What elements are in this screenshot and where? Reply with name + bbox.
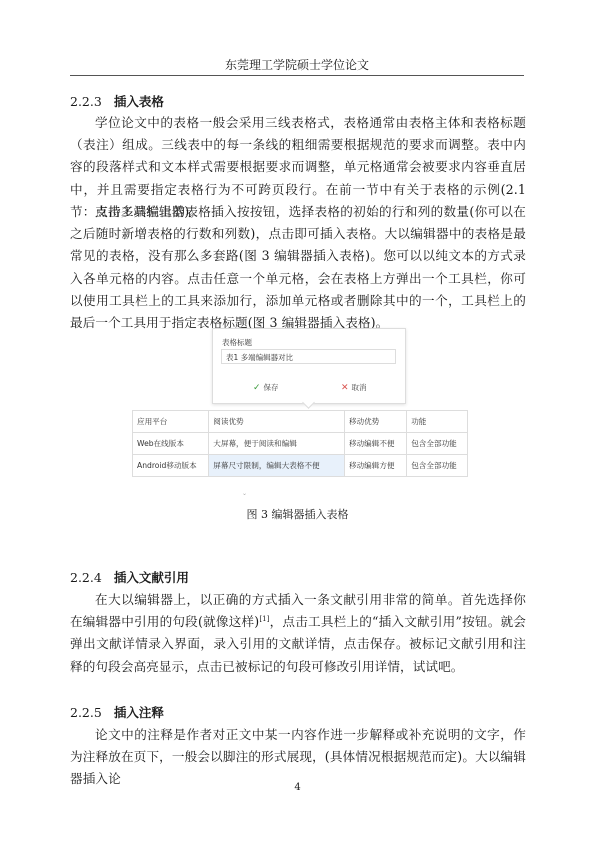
paragraph-mark: ⌄ xyxy=(242,490,247,497)
section-heading-2-2-5: 2.2.5插入注释 xyxy=(70,705,164,721)
cancel-label: 取消 xyxy=(352,383,367,392)
table-cell[interactable]: 移动编辑方便 xyxy=(344,455,406,477)
section-number: 2.2.5 xyxy=(70,705,102,720)
table-header-cell[interactable]: 应用平台 xyxy=(133,411,209,433)
cancel-button[interactable]: ✕取消 xyxy=(341,382,367,393)
table-cell[interactable]: Android移动版本 xyxy=(133,455,209,477)
table-header-cell[interactable]: 功能 xyxy=(407,411,468,433)
table-title-label: 表格标题 xyxy=(222,337,252,348)
table-cell[interactable]: 大屏幕，便于阅读和编辑 xyxy=(209,433,345,455)
table-header-row: 应用平台 阅读优势 移动优势 功能 xyxy=(133,411,468,433)
table-cell-selected[interactable]: 屏幕尺寸限制，编辑大表格不便 xyxy=(209,455,345,477)
table-cell[interactable]: 包含全部功能 xyxy=(407,455,468,477)
table-title-popup: 表格标题 表1 多端编辑器对比 ✓保存 ✕取消 xyxy=(212,328,406,404)
table-header-cell[interactable]: 阅读优势 xyxy=(209,411,345,433)
save-button[interactable]: ✓保存 xyxy=(253,382,279,393)
table-header-cell[interactable]: 移动优势 xyxy=(344,411,406,433)
table-row: Web在线版本 大屏幕，便于阅读和编辑 移动编辑不便 包含全部功能 xyxy=(133,433,468,455)
table-cell[interactable]: 移动编辑不便 xyxy=(344,433,406,455)
figure-editor-insert-table: 表格标题 表1 多端编辑器对比 ✓保存 ✕取消 应用平台 阅读优势 移动优势 功… xyxy=(132,326,468,496)
close-icon: ✕ xyxy=(341,383,349,393)
table-cell[interactable]: Web在线版本 xyxy=(133,433,209,455)
running-header: 东莞理工学院硕士学位论文 xyxy=(70,58,524,76)
check-icon: ✓ xyxy=(253,383,261,393)
section-title: 插入文献引用 xyxy=(114,570,189,585)
page-number: 4 xyxy=(0,782,595,793)
save-label: 保存 xyxy=(264,383,279,392)
section-title: 插入注释 xyxy=(114,705,164,720)
table-title-input[interactable]: 表1 多端编辑器对比 xyxy=(221,349,396,364)
figure-caption: 图 3 编辑器插入表格 xyxy=(0,506,595,522)
section-number: 2.2.4 xyxy=(70,570,102,585)
section-title: 插入表格 xyxy=(114,94,164,109)
paragraph: 点击工具栏上的表格插入按按钮，选择表格的初始的行和列的数量(你可以在之后随时新增… xyxy=(70,201,526,334)
paragraph: 在大以编辑器上，以正确的方式插入一条文献引用非常的简单。首先选择你在编辑器中引用… xyxy=(70,589,526,678)
table-cell[interactable]: 包含全部功能 xyxy=(407,433,468,455)
table-row: Android移动版本 屏幕尺寸限制，编辑大表格不便 移动编辑方便 包含全部功能 xyxy=(133,455,468,477)
editor-table: 应用平台 阅读优势 移动优势 功能 Web在线版本 大屏幕，便于阅读和编辑 移动… xyxy=(132,410,468,477)
section-number: 2.2.3 xyxy=(70,94,102,109)
citation-mark[interactable]: [1] xyxy=(259,615,269,623)
paragraph: 论文中的注释是作者对正文中某一内容作进一步解释或补充说明的文字，作为注释放在页下… xyxy=(70,724,526,791)
section-heading-2-2-3: 2.2.3插入表格 xyxy=(70,94,164,110)
section-heading-2-2-4: 2.2.4插入文献引用 xyxy=(70,570,189,586)
